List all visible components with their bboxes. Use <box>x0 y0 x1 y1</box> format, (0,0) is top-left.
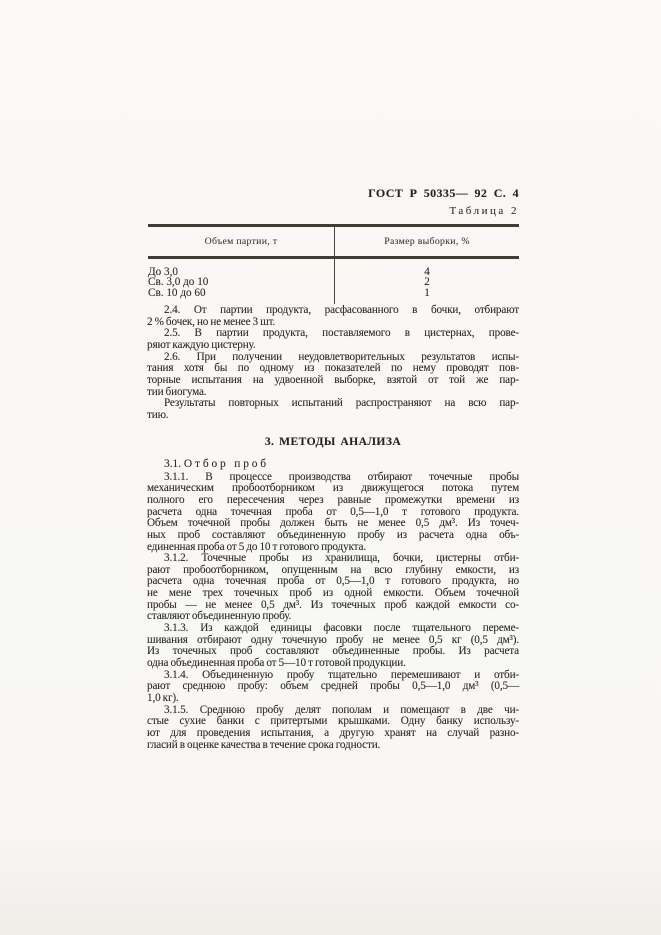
text-line: гласий в оценке качества в течение срока… <box>147 740 519 752</box>
text-line: 3.1.3. Из каждой единицы фасовки после т… <box>147 623 519 635</box>
paragraph-2-6: 2.6. При получении неудовлетворительных … <box>147 352 519 399</box>
text-line: 2.4. От партии продукта, расфасованного … <box>147 305 519 317</box>
document-page: ГОСТ Р 50335— 92 С. 4 Таблица 2 Объем па… <box>0 0 661 935</box>
table-caption: Таблица 2 <box>449 205 519 217</box>
paragraph-3-1-2: 3.1.2. Точечные пробы из хранилища, бочк… <box>147 553 519 623</box>
text-line: ют для проведения испытания, а другую хр… <box>147 728 519 740</box>
paragraph-2-4: 2.4. От партии продукта, расфасованного … <box>147 305 519 328</box>
paragraph-2-6-results: Результаты повторных испытаний распростр… <box>147 398 519 421</box>
text-line: одна объединенная проба от 5—10 т готово… <box>147 658 519 670</box>
text-line: ных проб составляют объединенную пробу и… <box>147 530 519 542</box>
sampling-table: Объем партии, т Размер выборки, % До 3,0… <box>148 224 519 304</box>
section-3-heading: 3. МЕТОДЫ АНАЛИЗА <box>147 436 519 448</box>
table-body: До 3,0 Св. 3,0 до 10 Св. 10 до 60 4 2 1 <box>148 259 519 304</box>
text-line: полного его пересечения через равные про… <box>147 495 519 507</box>
table-row-value: 1 <box>335 288 519 298</box>
text-line: 1,0 кг). <box>147 693 519 705</box>
column-header-sample: Размер выборки, % <box>335 227 519 256</box>
section-3-1-subheading: 3.1. О т б о р п р о б <box>147 458 519 470</box>
column-header-volume: Объем партии, т <box>148 227 335 256</box>
paragraph-2-5: 2.5. В партии продукта, поставляемого в … <box>147 328 519 351</box>
table-column-sample: 4 2 1 <box>335 259 519 304</box>
paragraph-3-1-1: 3.1.1. В процессе производства отбирают … <box>147 472 519 554</box>
table-column-volume: До 3,0 Св. 3,0 до 10 Св. 10 до 60 <box>148 259 335 304</box>
text-line: тию. <box>147 410 519 422</box>
paragraph-3-1-3: 3.1.3. Из каждой единицы фасовки после т… <box>147 623 519 670</box>
text-line: торные испытания на удвоенной выборке, в… <box>147 375 519 387</box>
table-header-row: Объем партии, т Размер выборки, % <box>148 227 519 256</box>
table-row-label: Св. 10 до 60 <box>148 288 334 298</box>
text-line: рают среднюю пробу: объем средней пробы … <box>147 681 519 693</box>
paragraph-3-1-4: 3.1.4. Объединенную пробу тщательно пере… <box>147 670 519 705</box>
text-line: Результаты повторных испытаний распростр… <box>147 398 519 410</box>
text-line: ряют каждую цистерну. <box>147 340 519 352</box>
body-text: 2.4. От партии продукта, расфасованного … <box>147 305 519 751</box>
page-header: ГОСТ Р 50335— 92 С. 4 <box>368 186 519 201</box>
paragraph-3-1-5: 3.1.5. Среднюю пробу делят пополам и пом… <box>147 705 519 752</box>
